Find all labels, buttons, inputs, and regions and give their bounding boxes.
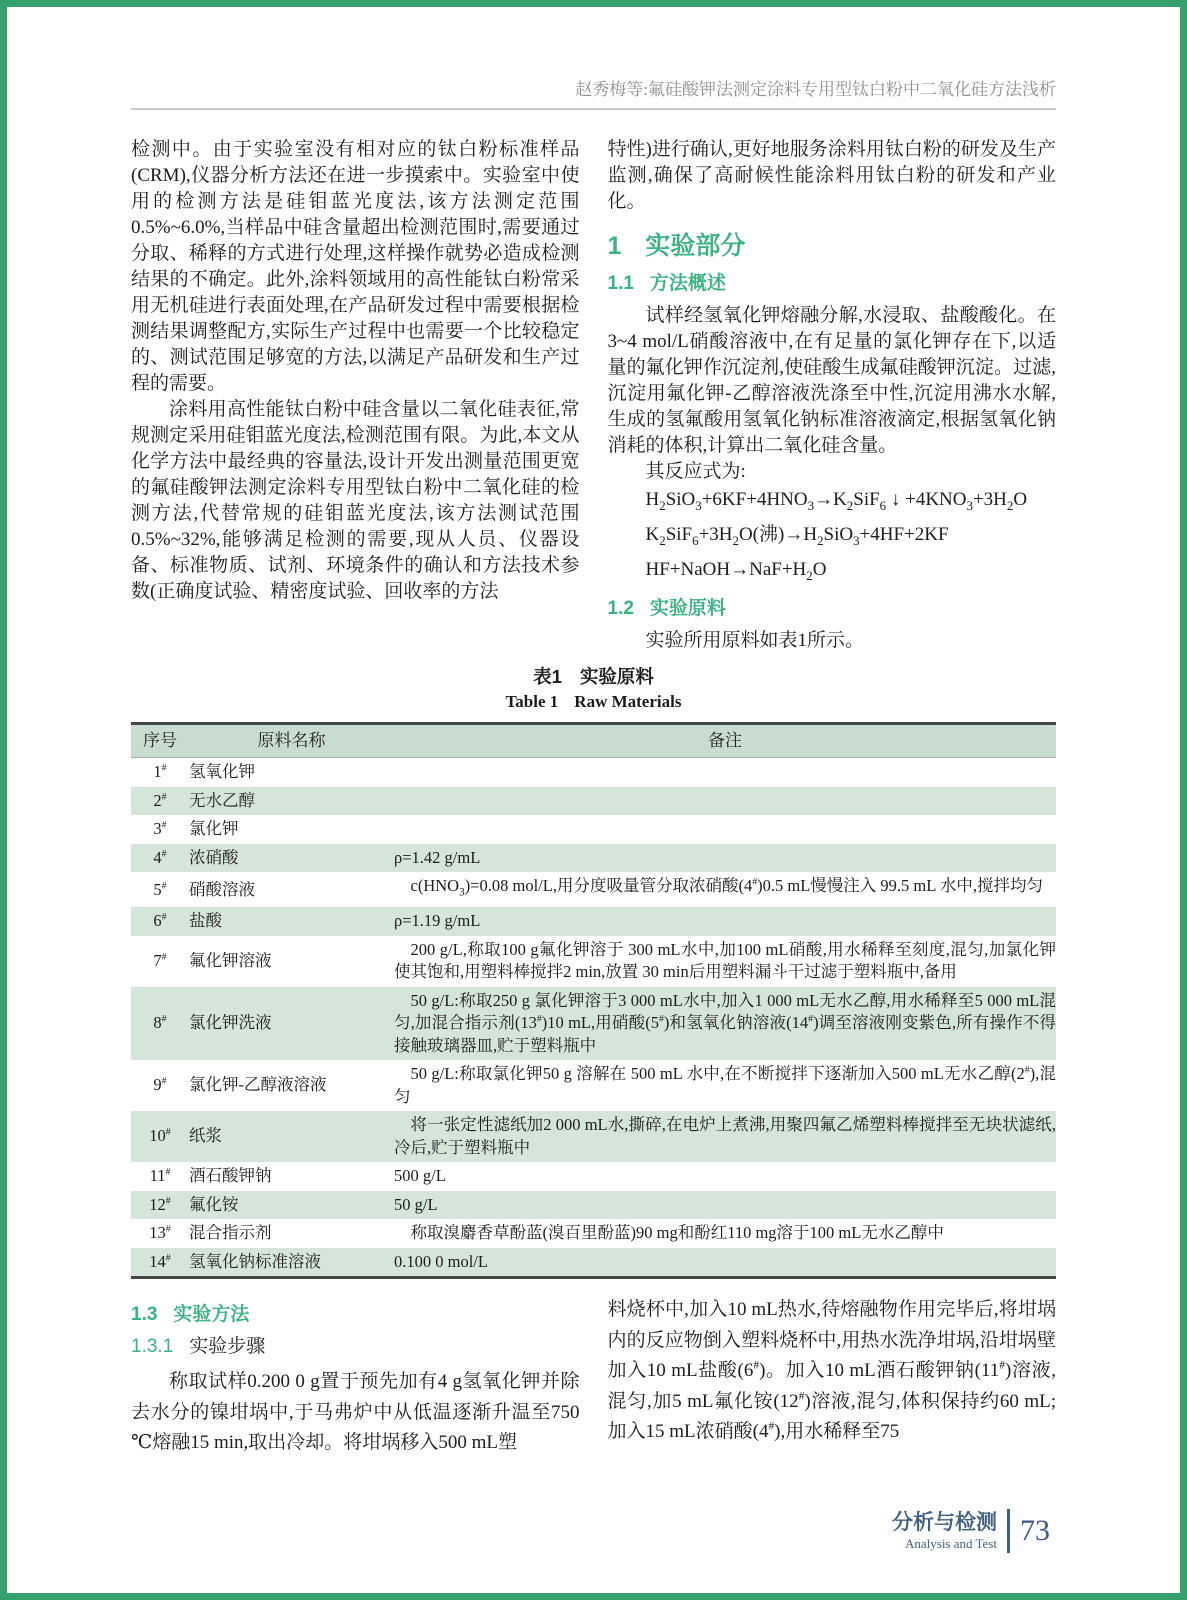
equation-3: HF+NaOH→NaF+H2O (646, 555, 1057, 590)
section-1-3-1-title: 实验步骤 (189, 1336, 265, 1357)
cell-remark: c(HNO3)=0.08 mol/L,用分度吸量管分取浓硝酸(4#)0.5 mL… (394, 872, 1056, 907)
section-heading-1-3-1: 1.3.1实验步骤 (131, 1334, 580, 1359)
table-caption-en-label: Table 1 (506, 692, 559, 711)
procedure-right-column: 料烧杯中,加入10 mL热水,待熔融物作用完毕后,将坩埚内的反应物倒入塑料烧杯中… (608, 1295, 1057, 1459)
journal-name-en: Analysis and Test (892, 1535, 997, 1552)
cell-id: 6# (131, 907, 189, 936)
cell-name: 氯化钾洗液 (189, 987, 394, 1061)
intro-left-column: 检测中。由于实验室没有相对应的钛白粉标准样品(CRM),仪器分析方法还在进一步摸… (131, 137, 580, 654)
section-1-number: 1 (608, 232, 622, 260)
cell-name: 氟化钾溶液 (189, 936, 394, 987)
section-heading-1: 1实验部分 (608, 231, 1057, 261)
procedure-paragraph-left: 称取试样0.200 0 g置于预先加有4 g氢氧化钾并除去水分的镍坩埚中,于马弗… (131, 1367, 580, 1459)
cell-name: 氯化钾-乙醇液溶液 (189, 1060, 394, 1111)
cell-remark: 50 g/L:称取250 g 氯化钾溶于3 000 mL水中,加入1 000 m… (394, 987, 1056, 1061)
procedure-columns: 1.3实验方法 1.3.1实验步骤 称取试样0.200 0 g置于预先加有4 g… (131, 1295, 1056, 1459)
cell-remark: 500 g/L (394, 1162, 1056, 1191)
cell-name: 氯化钾 (189, 815, 394, 844)
header-rule (131, 108, 1056, 110)
procedure-left-column: 1.3实验方法 1.3.1实验步骤 称取试样0.200 0 g置于预先加有4 g… (131, 1295, 580, 1459)
cell-remark: 50 g/L:称取氯化钾50 g 溶解在 500 mL 水中,在不断搅拌下逐渐加… (394, 1060, 1056, 1111)
journal-name-cn: 分析与检测 (892, 1511, 997, 1535)
table-row: 10#纸浆将一张定性滤纸加2 000 mL水,撕碎,在电炉上煮沸,用聚四氟乙烯塑… (131, 1111, 1056, 1162)
intro-right-column: 特性)进行确认,更好地服务涂料用钛白粉的研发及生产监测,确保了高耐候性能涂料用钛… (608, 137, 1057, 654)
cell-remark: ρ=1.19 g/mL (394, 907, 1056, 936)
cell-name: 浓硝酸 (189, 844, 394, 873)
cell-remark: 称取溴麝香草酚蓝(溴百里酚蓝)90 mg和酚红110 mg溶于100 mL无水乙… (394, 1219, 1056, 1248)
section-1-1-title: 方法概述 (650, 273, 726, 294)
cell-remark (394, 787, 1056, 816)
cell-id: 7# (131, 936, 189, 987)
cell-id: 2# (131, 787, 189, 816)
running-head: 赵秀梅等:氟硅酸钾法测定涂料专用型钛白粉中二氧化硅方法浅析 (131, 79, 1056, 101)
cell-name: 氢氧化钾 (189, 758, 394, 787)
reaction-equations: H2SiO3+6KF+4HNO3→K2SiF6 ↓ +4KNO3+3H2O K2… (608, 485, 1057, 589)
column-header-name: 原料名称 (189, 724, 394, 758)
table-row: 5#硝酸溶液c(HNO3)=0.08 mol/L,用分度吸量管分取浓硝酸(4#)… (131, 872, 1056, 907)
column-header-id: 序号 (131, 724, 189, 758)
table-row: 1#氢氧化钾 (131, 758, 1056, 787)
cell-name: 混合指示剂 (189, 1219, 394, 1248)
section-heading-1-2: 1.2实验原料 (608, 596, 1057, 621)
cell-id: 11# (131, 1162, 189, 1191)
table-row: 13#混合指示剂称取溴麝香草酚蓝(溴百里酚蓝)90 mg和酚红110 mg溶于1… (131, 1219, 1056, 1248)
table-row: 8#氯化钾洗液50 g/L:称取250 g 氯化钾溶于3 000 mL水中,加入… (131, 987, 1056, 1061)
section-1-3-1-number: 1.3.1 (131, 1336, 173, 1357)
cell-name: 氟化铵 (189, 1191, 394, 1220)
section-1-2-number: 1.2 (608, 598, 634, 619)
cell-id: 4# (131, 844, 189, 873)
cell-id: 12# (131, 1191, 189, 1220)
intro-paragraph-1: 检测中。由于实验室没有相对应的钛白粉标准样品(CRM),仪器分析方法还在进一步摸… (131, 137, 580, 397)
section-1-3-title: 实验方法 (173, 1304, 249, 1325)
equation-1: H2SiO3+6KF+4HNO3→K2SiF6 ↓ +4KNO3+3H2O (646, 485, 1057, 520)
section-heading-1-1: 1.1方法概述 (608, 271, 1057, 296)
table-row: 3#氯化钾 (131, 815, 1056, 844)
page-footer: 分析与检测 Analysis and Test 73 (892, 1509, 1050, 1553)
table-row: 7#氟化钾溶液200 g/L,称取100 g氟化钾溶于 300 mL水中,加10… (131, 936, 1056, 987)
cell-name: 纸浆 (189, 1111, 394, 1162)
cell-remark: ρ=1.42 g/mL (394, 844, 1056, 873)
raw-materials-thead: 序号 原料名称 备注 (131, 724, 1056, 758)
cell-name: 无水乙醇 (189, 787, 394, 816)
page-number: 73 (1020, 1509, 1050, 1553)
table-row: 4#浓硝酸ρ=1.42 g/mL (131, 844, 1056, 873)
cell-remark: 0.100 0 mol/L (394, 1248, 1056, 1278)
cell-id: 14# (131, 1248, 189, 1278)
intro-columns: 检测中。由于实验室没有相对应的钛白粉标准样品(CRM),仪器分析方法还在进一步摸… (131, 137, 1056, 654)
raw-materials-tbody: 1#氢氧化钾2#无水乙醇3#氯化钾4#浓硝酸ρ=1.42 g/mL5#硝酸溶液c… (131, 758, 1056, 1278)
raw-materials-table: 序号 原料名称 备注 1#氢氧化钾2#无水乙醇3#氯化钾4#浓硝酸ρ=1.42 … (131, 722, 1056, 1279)
method-overview-paragraph: 试样经氢氧化钾熔融分解,水浸取、盐酸酸化。在3~4 mol/L硝酸溶液中,在有足… (608, 303, 1057, 459)
cell-name: 酒石酸钾钠 (189, 1162, 394, 1191)
section-1-2-title: 实验原料 (650, 598, 726, 619)
cell-name: 盐酸 (189, 907, 394, 936)
cell-id: 13# (131, 1219, 189, 1248)
materials-intro: 实验所用原料如表1所示。 (608, 628, 1057, 654)
page: 赵秀梅等:氟硅酸钾法测定涂料专用型钛白粉中二氧化硅方法浅析 检测中。由于实验室没… (0, 0, 1187, 1600)
table-row: 9#氯化钾-乙醇液溶液50 g/L:称取氯化钾50 g 溶解在 500 mL 水… (131, 1060, 1056, 1111)
cell-id: 10# (131, 1111, 189, 1162)
cell-id: 3# (131, 815, 189, 844)
table-row: 14#氢氧化钠标准溶液0.100 0 mol/L (131, 1248, 1056, 1278)
table-row: 12#氟化铵50 g/L (131, 1191, 1056, 1220)
table-row: 2#无水乙醇 (131, 787, 1056, 816)
table-caption-en: Table 1Raw Materials (131, 690, 1056, 714)
equation-2: K2SiF6+3H2O(沸)→H2SiO3+4HF+2KF (646, 520, 1057, 555)
section-1-3-number: 1.3 (131, 1304, 157, 1325)
cell-name: 硝酸溶液 (189, 872, 394, 907)
cell-id: 9# (131, 1060, 189, 1111)
procedure-paragraph-right: 料烧杯中,加入10 mL热水,待熔融物作用完毕后,将坩埚内的反应物倒入塑料烧杯中… (608, 1295, 1057, 1448)
cell-name: 氢氧化钠标准溶液 (189, 1248, 394, 1278)
cell-remark (394, 815, 1056, 844)
cell-id: 5# (131, 872, 189, 907)
table-row: 11#酒石酸钾钠500 g/L (131, 1162, 1056, 1191)
cell-remark: 50 g/L (394, 1191, 1056, 1220)
cell-id: 8# (131, 987, 189, 1061)
table-header-row: 序号 原料名称 备注 (131, 724, 1056, 758)
intro-paragraph-3: 特性)进行确认,更好地服务涂料用钛白粉的研发及生产监测,确保了高耐候性能涂料用钛… (608, 137, 1057, 215)
column-header-remark: 备注 (394, 724, 1056, 758)
cell-remark: 200 g/L,称取100 g氟化钾溶于 300 mL水中,加100 mL硝酸,… (394, 936, 1056, 987)
intro-paragraph-2: 涂料用高性能钛白粉中硅含量以二氧化硅表征,常规测定采用硅钼蓝光度法,检测范围有限… (131, 397, 580, 605)
table-caption-cn: 表1实验原料 (131, 664, 1056, 690)
cell-id: 1# (131, 758, 189, 787)
table-caption-en-title: Raw Materials (574, 692, 681, 711)
table-caption-cn-title: 实验原料 (580, 666, 654, 687)
section-1-1-number: 1.1 (608, 273, 634, 294)
table-caption-cn-label: 表1 (533, 666, 562, 687)
journal-name-block: 分析与检测 Analysis and Test (892, 1511, 997, 1552)
reaction-intro: 其反应式为: (608, 459, 1057, 485)
cell-remark (394, 758, 1056, 787)
footer-divider (1007, 1509, 1010, 1553)
cell-remark: 将一张定性滤纸加2 000 mL水,撕碎,在电炉上煮沸,用聚四氟乙烯塑料棒搅拌至… (394, 1111, 1056, 1162)
table-row: 6#盐酸ρ=1.19 g/mL (131, 907, 1056, 936)
section-heading-1-3: 1.3实验方法 (131, 1302, 580, 1327)
section-1-title: 实验部分 (645, 232, 745, 260)
